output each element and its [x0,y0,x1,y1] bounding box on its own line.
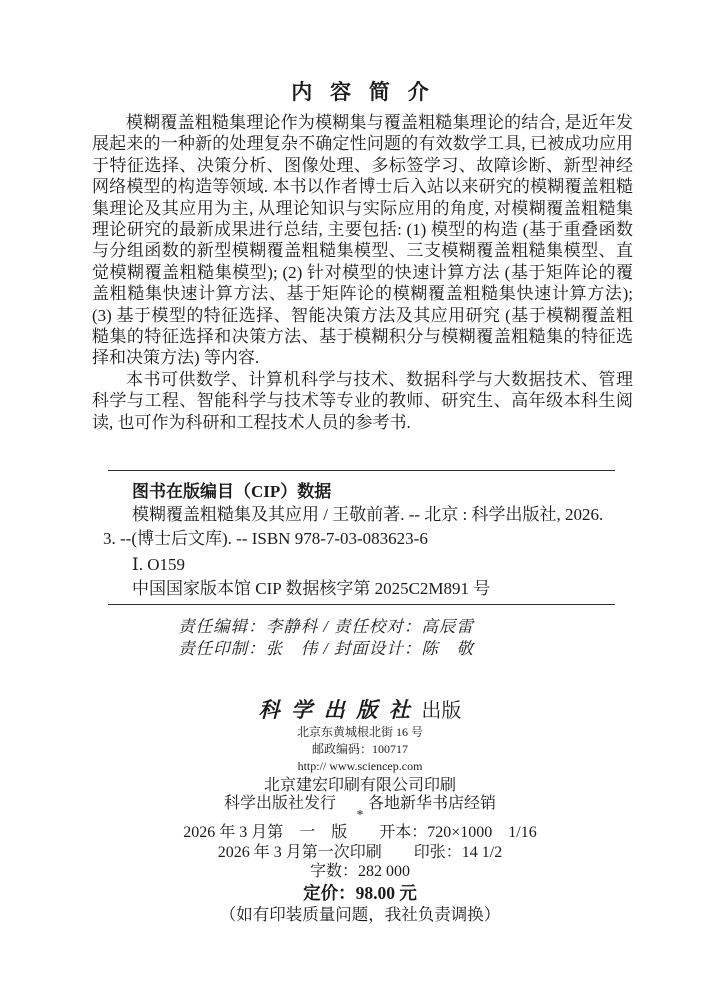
separator-star: * [0,811,720,821]
price-line: 定价：98.00 元 [0,883,720,903]
publisher-line: 科学出版社出版 [0,697,720,724]
publisher-url: http:// www.sciencep.com [0,758,720,775]
quality-notice-line: （如有印装质量问题，我社负责调换） [0,905,720,925]
staff-editors-line: 责任编辑：李静科 / 责任校对：高辰雷 [0,616,652,638]
cip-data-section: 图书在版编目（CIP）数据 模糊覆盖粗糙集及其应用 / 王敬前著. -- 北京 … [103,470,615,605]
publisher-logotype: 科学出版社 [259,698,422,722]
publisher-address: 北京东黄城根北街 16 号 [0,724,720,741]
intro-paragraph-2: 本书可供数学、计算机科学与技术、数据科学与大数据技术、管理科学与工程、智能科学与… [92,369,633,433]
staff-credits: 责任编辑：李静科 / 责任校对：高辰雷 责任印制：张 伟 / 封面设计：陈 敬 [0,616,652,660]
cip-entry-line-1: 模糊覆盖粗糙集及其应用 / 王敬前著. -- 北京 : 科学出版社, 2026. [103,503,615,527]
word-count-line: 字数：282 000 [0,863,720,880]
cip-rule-top [108,470,615,471]
cip-record-number: 中国国家版本馆 CIP 数据核字第 2025C2M891 号 [103,577,615,601]
printing-sheets-line: 2026 年 3 月第一次印刷 印张：14 1/2 [0,843,720,863]
publisher-imprint-label: 出版 [421,700,461,722]
intro-paragraph-1: 模糊覆盖粗糙集理论作为模糊集与覆盖粗糙集理论的结合, 是近年发展起来的一种新的处… [92,112,633,369]
content-intro-body: 模糊覆盖粗糙集理论作为模糊集与覆盖粗糙集理论的结合, 是近年发展起来的一种新的处… [92,112,633,433]
content-intro-title: 内容简介 [0,76,720,106]
edition-format-line: 2026 年 3 月第 一 版 开本：720×1000 1/16 [0,823,720,843]
publisher-postcode: 邮政编码：100717 [0,741,720,758]
cip-rule-bottom [108,604,615,605]
cip-entry-line-2: 3. --(博士后文库). -- ISBN 978-7-03-083623-6 [103,527,615,551]
printer-line: 北京建宏印刷有限公司印刷 [0,777,720,795]
cip-heading: 图书在版编目（CIP）数据 [103,481,615,503]
cip-classification: Ⅰ. O159 [103,553,615,577]
staff-print-design-line: 责任印制：张 伟 / 封面设计：陈 敬 [0,638,652,660]
colophon: 科学出版社出版 北京东黄城根北街 16 号 邮政编码：100717 http:/… [0,697,720,925]
book-copyright-page: 内容简介 模糊覆盖粗糙集理论作为模糊集与覆盖粗糙集理论的结合, 是近年发展起来的… [0,0,720,1000]
